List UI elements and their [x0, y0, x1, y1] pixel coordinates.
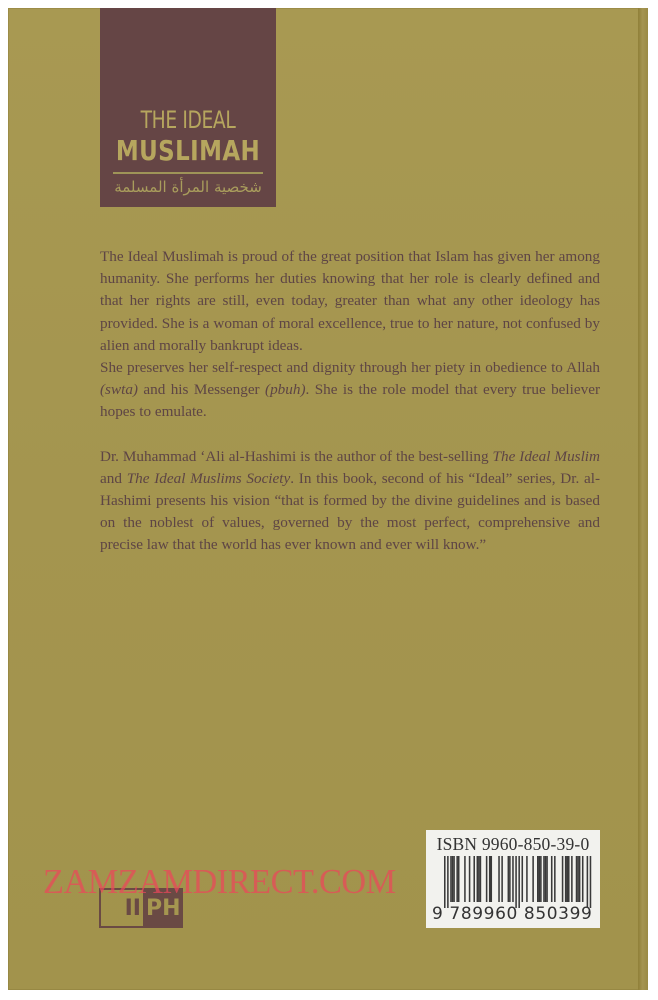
- author-paragraph: Dr. Muhammad ‘Ali al-Hashimi is the auth…: [100, 446, 600, 557]
- honorific-swta: (swta): [100, 381, 138, 398]
- ean-digits: 9 789960 850399: [432, 904, 594, 924]
- blurb-text: The Ideal Muslimah is proud of the great…: [100, 246, 600, 557]
- logo-left-part: II: [99, 888, 145, 928]
- blurb-text-span: She preserves her self-respect and digni…: [100, 359, 600, 376]
- logo-right-part: PH: [145, 888, 183, 928]
- barcode-icon: [434, 856, 594, 908]
- blurb-paragraph-2: She preserves her self-respect and digni…: [100, 357, 600, 424]
- blurb-text-span: and his Messenger: [138, 381, 265, 398]
- book-title-ideal-muslims-society: The Ideal Muslims Society: [127, 470, 291, 487]
- title-line-1: THE IDEAL: [119, 107, 256, 133]
- blurb-paragraph-1: The Ideal Muslimah is proud of the great…: [100, 246, 600, 357]
- isbn-barcode-label: ISBN 9960-850-39-0 9 789960 850399: [426, 830, 600, 928]
- title-divider: [113, 172, 263, 174]
- book-title-ideal-muslim: The Ideal Muslim: [493, 448, 600, 465]
- isbn-number: ISBN 9960-850-39-0: [426, 834, 600, 855]
- book-back-cover: THE IDEAL MUSLIMAH شخصية المرأة المسلمة …: [8, 8, 648, 990]
- book-spine-edge: [638, 8, 648, 990]
- title-arabic: شخصية المرأة المسلمة: [100, 177, 276, 197]
- honorific-pbuh: (pbuh): [265, 381, 306, 398]
- blurb-text-span: and: [100, 470, 127, 487]
- title-line-2: MUSLIMAH: [116, 136, 260, 166]
- publisher-logo: II PH: [99, 888, 183, 928]
- title-block: THE IDEAL MUSLIMAH شخصية المرأة المسلمة: [100, 8, 276, 207]
- blurb-text-span: Dr. Muhammad ‘Ali al-Hashimi is the auth…: [100, 448, 493, 465]
